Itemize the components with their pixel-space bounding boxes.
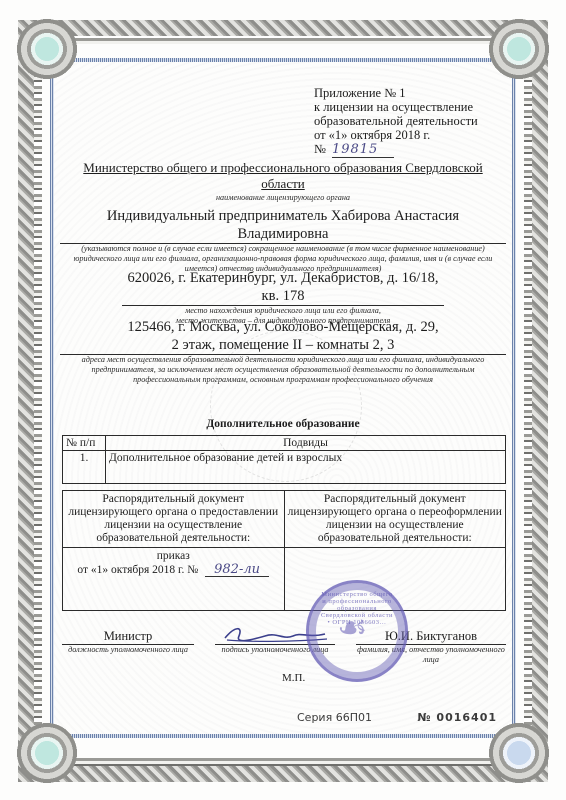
order-date: от «1» октября 2018 г. № — [77, 564, 198, 576]
legal-address-value: 620026, г. Екатеринбург, ул. Декабристов… — [122, 269, 444, 306]
table-row: 1. Дополнительное образование детей и вз… — [63, 451, 506, 484]
corner-ornament-icon — [16, 18, 78, 80]
section-title: Дополнительное образование — [60, 418, 506, 430]
official-position: Министр должность уполномоченного лица — [62, 628, 194, 665]
coat-of-arms-icon: ☙ — [337, 609, 367, 649]
activity-places: 125466, г. Москва, ул. Соколово-Мещерска… — [60, 318, 506, 385]
administrative-documents-table: Распорядительный документ лицензирующего… — [62, 490, 506, 611]
licensing-authority: Министерство общего и профессионального … — [60, 160, 506, 203]
grant-document-header: Распорядительный документ лицензирующего… — [63, 491, 285, 548]
docs-body-row: приказ от «1» октября 2018 г. № 982-ли — [63, 548, 506, 611]
license-number-line: № 19815 — [314, 142, 504, 158]
license-holder: Индивидуальный предприниматель Хабирова … — [60, 207, 506, 274]
order-number-handwritten: 982-ли — [205, 563, 269, 577]
appendix-line-3: образовательной деятельности — [314, 114, 504, 128]
official-stamp: Министерство общего и профессионального … — [306, 580, 408, 682]
corner-ornament-icon — [488, 18, 550, 80]
reissue-document-header: Распорядительный документ лицензирующего… — [284, 491, 506, 548]
column-header-subtypes: Подвиды — [106, 436, 506, 451]
authority-name: Министерство общего и профессионального … — [60, 160, 506, 193]
legal-address-caption-1: место нахождения юридического лица или е… — [60, 306, 506, 316]
position-caption: должность уполномоченного лица — [62, 645, 194, 655]
form-series: Серия 66П01 — [297, 711, 372, 724]
activity-address-line-1: 125466, г. Москва, ул. Соколово-Мещерска… — [60, 318, 506, 336]
authority-caption: наименование лицензирующего органа — [60, 193, 506, 203]
grant-document-cell: приказ от «1» октября 2018 г. № 982-ли — [63, 548, 285, 611]
corner-ornament-icon — [16, 722, 78, 784]
corner-ornament-icon — [488, 722, 550, 784]
number-sign: № — [314, 142, 326, 156]
subtypes-table: № п/п Подвиды 1. Дополнительное образова… — [62, 435, 506, 484]
row-subtype: Дополнительное образование детей и взрос… — [106, 451, 506, 484]
activity-address-line-2: 2 этаж, помещение II – комнаты 2, 3 — [60, 336, 506, 355]
order-line: от «1» октября 2018 г. № 982-ли — [66, 563, 281, 577]
appendix-date: от «1» октября 2018 г. — [314, 128, 504, 142]
column-header-number: № п/п — [63, 436, 106, 451]
signature-block: Министр должность уполномоченного лица п… — [62, 628, 506, 665]
holder-name: Индивидуальный предприниматель Хабирова … — [60, 207, 506, 244]
row-number: 1. — [63, 451, 106, 484]
form-number: № 0016401 — [417, 711, 497, 724]
form-series-row: Серия 66П01 № 0016401 — [297, 711, 497, 724]
table-header-row: № п/п Подвиды — [63, 436, 506, 451]
position-value: Министр — [62, 628, 194, 645]
seal-place-label: М.П. — [282, 672, 305, 684]
license-number-handwritten: 19815 — [332, 143, 394, 158]
appendix-line-1: Приложение № 1 — [314, 86, 504, 100]
appendix-header: Приложение № 1 к лицензии на осуществлен… — [314, 86, 504, 158]
activity-places-caption: адреса мест осуществления образовательно… — [60, 355, 506, 385]
docs-header-row: Распорядительный документ лицензирующего… — [63, 491, 506, 548]
appendix-line-2: к лицензии на осуществление — [314, 100, 504, 114]
